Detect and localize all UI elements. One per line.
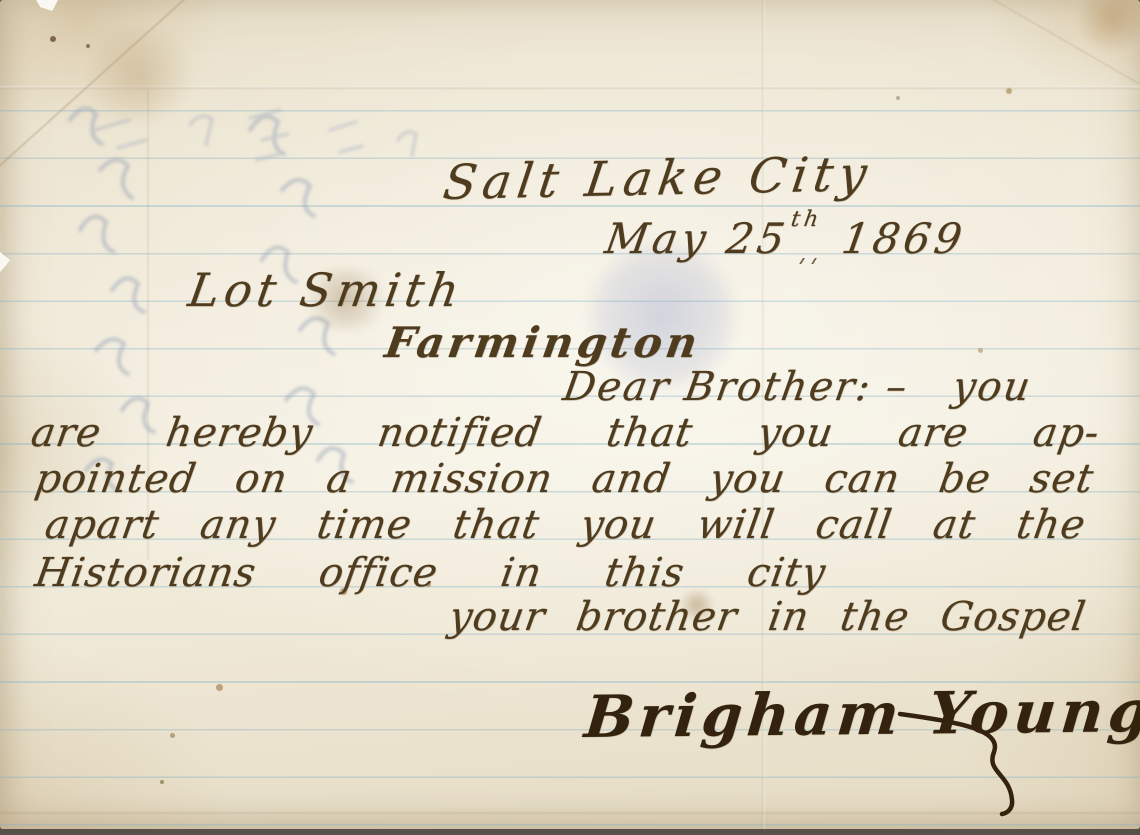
salutation: Dear Brother: – (560, 366, 912, 409)
salutation-line: Dear Brother: – you (560, 366, 1035, 409)
heading-date-ordinal: th (789, 207, 824, 232)
paper-sheet: Salt Lake City May 25th 1869 Lot Smith F… (0, 0, 1140, 829)
ink-spot (50, 36, 56, 42)
heading-place: Salt Lake City (440, 149, 876, 210)
body-line: apart any time that you will call at the (42, 504, 1089, 547)
closing-line: your brother in the Gospel (446, 596, 1089, 639)
recipient-location: Farmington (382, 320, 704, 365)
body-line: pointed on a mission and you can be set (32, 458, 1097, 501)
heading-date-day: May 25 (602, 214, 792, 263)
torn-notch (36, 0, 58, 11)
heading-date-year: 1869 (839, 214, 970, 263)
signature: Brigham Young (582, 680, 1140, 749)
ink-spot (86, 44, 90, 48)
salutation-first-word: you (950, 366, 1035, 409)
ink-stain (1072, 0, 1140, 52)
body-line: are hereby notified that you are ap- (28, 412, 1103, 455)
heading-date: May 25th 1869 (602, 216, 969, 261)
recipient-name: Lot Smith (185, 266, 467, 316)
body-line: Historians office in this city (32, 552, 829, 595)
